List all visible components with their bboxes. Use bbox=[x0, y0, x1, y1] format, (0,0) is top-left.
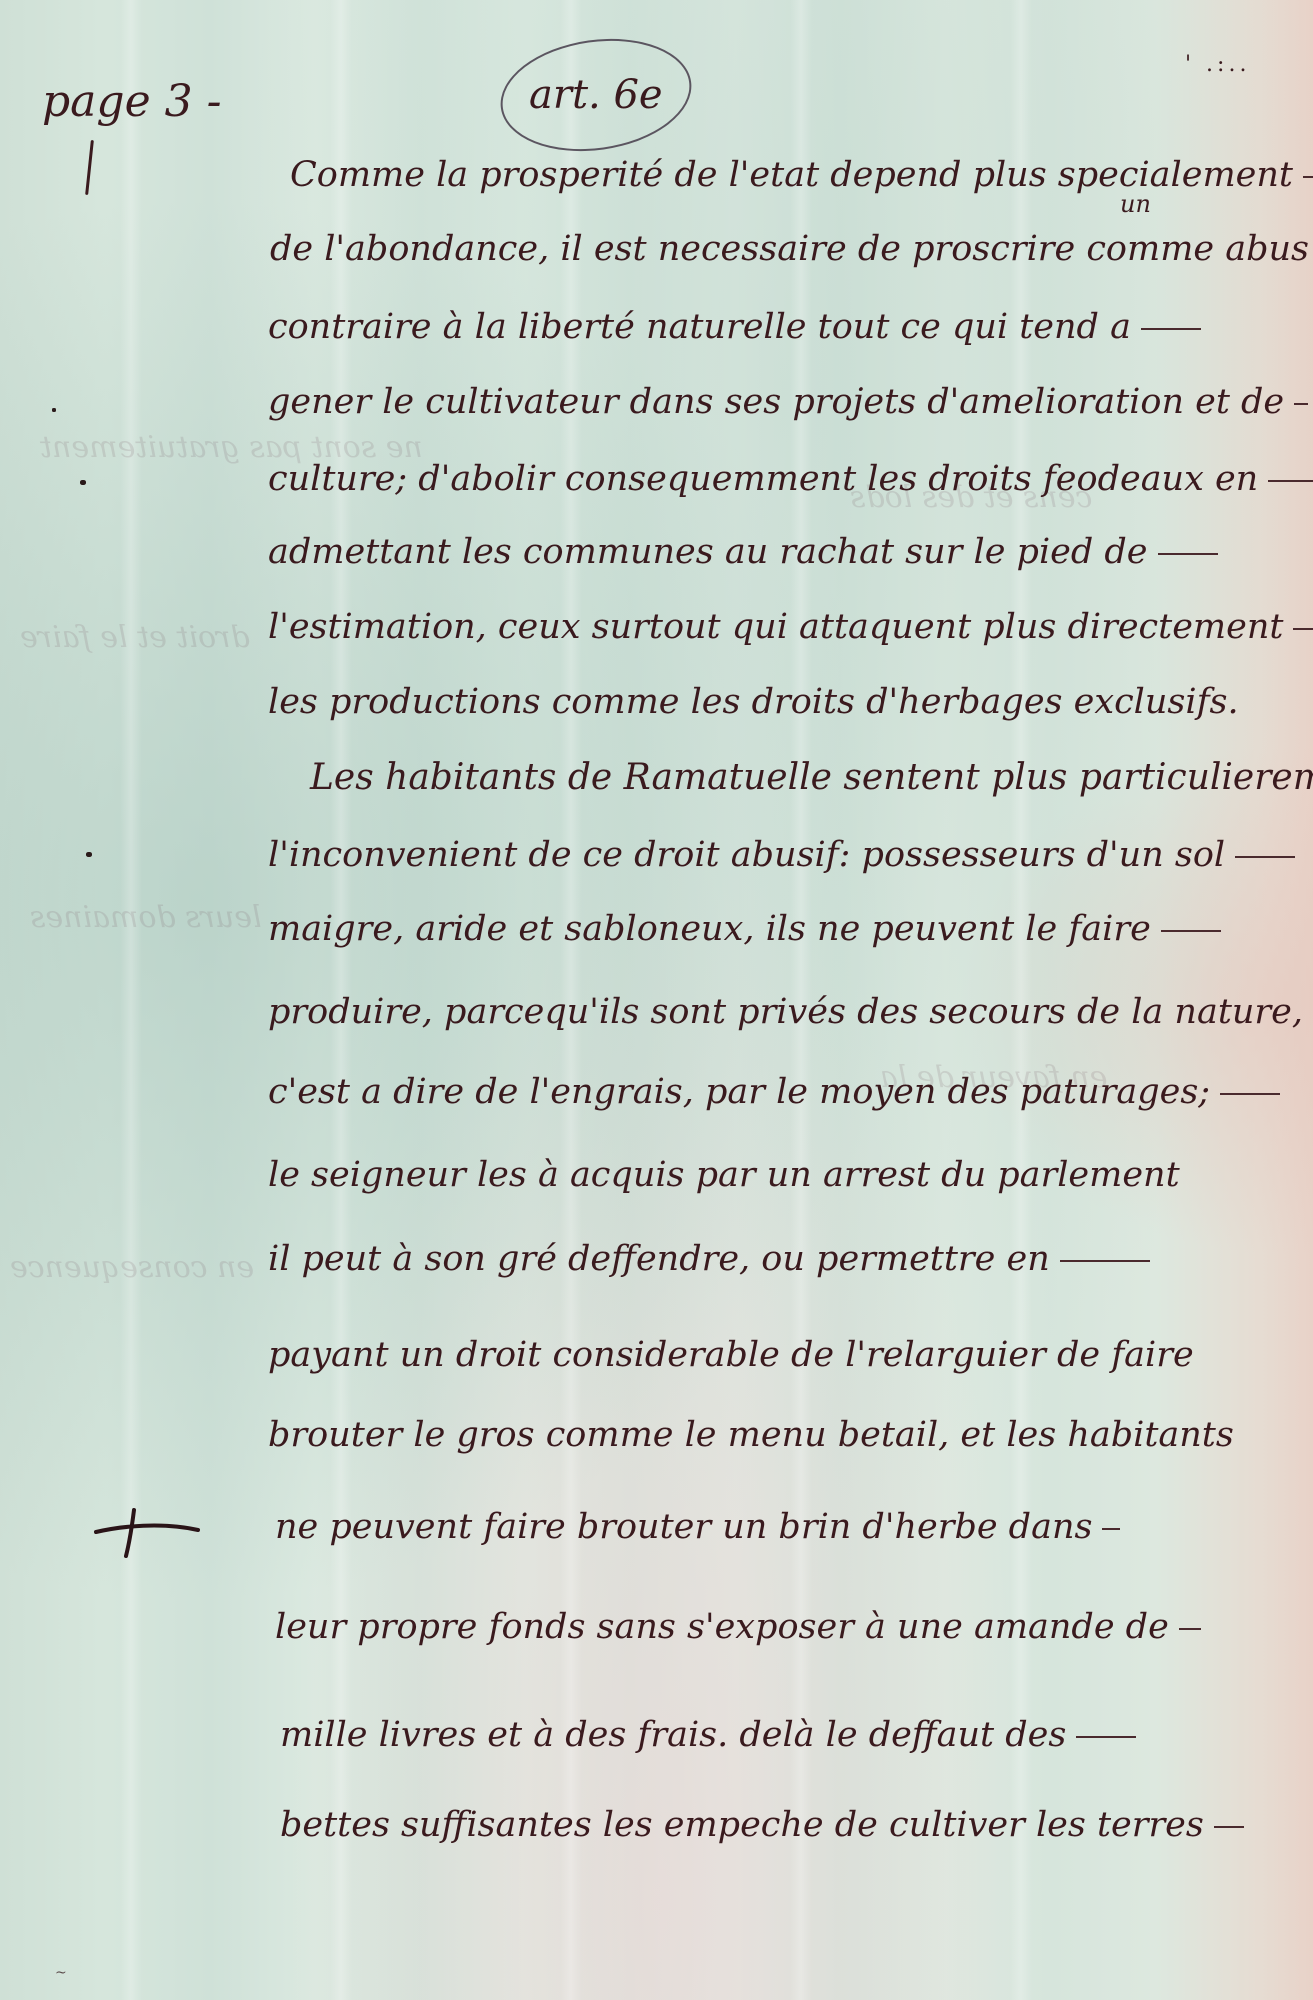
line-filler-dash bbox=[1161, 930, 1221, 932]
manuscript-line: il peut à son gré deffendre, ou permettr… bbox=[268, 1242, 1150, 1277]
ink-speck bbox=[86, 852, 92, 857]
line-filler-dash bbox=[1268, 480, 1313, 482]
manuscript-line: brouter le gros comme le menu betail, et… bbox=[268, 1418, 1234, 1453]
line-filler-dash bbox=[1179, 1628, 1201, 1630]
line-text: contraire à la liberté naturelle tout ce… bbox=[268, 307, 1131, 347]
line-text: brouter le gros comme le menu betail, et… bbox=[268, 1415, 1234, 1455]
line-text: admettant les communes au rachat sur le … bbox=[268, 532, 1148, 572]
line-text: bettes suffisantes les empeche de cultiv… bbox=[280, 1805, 1204, 1845]
line-text: les productions comme les droits d'herba… bbox=[268, 682, 1239, 722]
manuscript-line: l'estimation, ceux surtout qui attaquent… bbox=[268, 610, 1313, 645]
manuscript-line: culture; d'abolir consequemment les droi… bbox=[268, 462, 1313, 497]
line-filler-dash bbox=[1076, 1736, 1136, 1738]
line-filler-dash bbox=[1235, 856, 1295, 858]
manuscript-line: les productions comme les droits d'herba… bbox=[268, 685, 1239, 720]
line-filler-dash bbox=[1214, 1826, 1244, 1828]
manuscript-line: admettant les communes au rachat sur le … bbox=[268, 535, 1218, 570]
manuscript-page: ne sont pas gratuitement droit et le fai… bbox=[0, 0, 1313, 2000]
line-text: il peut à son gré deffendre, ou permettr… bbox=[268, 1239, 1050, 1279]
manuscript-line: maigre, aride et sabloneux, ils ne peuve… bbox=[268, 912, 1221, 947]
line-text: leur propre fonds sans s'exposer à une a… bbox=[275, 1607, 1169, 1647]
line-text: mille livres et à des frais. delà le def… bbox=[280, 1715, 1066, 1755]
line-filler-dash bbox=[1102, 1528, 1120, 1530]
line-text: de l'abondance, il est necessaire de pro… bbox=[270, 229, 1309, 269]
manuscript-line: produire, parcequ'ils sont privés des se… bbox=[268, 995, 1303, 1030]
line-filler-dash bbox=[1220, 1093, 1280, 1095]
manuscript-line: Comme la prosperité de l'etat depend plu… bbox=[290, 158, 1313, 193]
manuscript-line: de l'abondance, il est necessaire de pro… bbox=[270, 232, 1313, 267]
line-filler-dash bbox=[1158, 553, 1218, 555]
line-text: l'estimation, ceux surtout qui attaquent… bbox=[268, 607, 1283, 647]
line-filler-dash bbox=[1294, 403, 1308, 405]
line-text: maigre, aride et sabloneux, ils ne peuve… bbox=[268, 909, 1151, 949]
ink-speck bbox=[52, 408, 56, 412]
line-text: le seigneur les à acquis par un arrest d… bbox=[268, 1155, 1180, 1195]
line-text: payant un droit considerable de l'relarg… bbox=[268, 1335, 1194, 1375]
line-text: c'est a dire de l'engrais, par le moyen … bbox=[268, 1072, 1210, 1112]
bleed-through-text: droit et le faire bbox=[20, 620, 250, 655]
manuscript-line: mille livres et à des frais. delà le def… bbox=[280, 1718, 1136, 1753]
line-text: culture; d'abolir consequemment les droi… bbox=[268, 459, 1258, 499]
bleed-through-text: en consequence bbox=[10, 1250, 254, 1285]
page-number-label: page 3 - bbox=[42, 76, 221, 127]
margin-cross-icon bbox=[92, 1508, 202, 1558]
manuscript-line: Les habitants de Ramatuelle sentent plus… bbox=[310, 760, 1313, 796]
manuscript-line: gener le cultivateur dans ses projets d'… bbox=[268, 385, 1308, 420]
line-text: Les habitants de Ramatuelle sentent plus… bbox=[310, 757, 1313, 798]
line-text: Comme la prosperité de l'etat depend plu… bbox=[290, 155, 1293, 195]
line-filler-dash bbox=[1060, 1260, 1150, 1262]
manuscript-line: payant un droit considerable de l'relarg… bbox=[268, 1338, 1194, 1373]
article-number-label: art. 6e bbox=[529, 72, 663, 118]
line-text: l'inconvenient de ce droit abusif: posse… bbox=[268, 835, 1225, 875]
line-text: ne peuvent faire brouter un brin d'herbe… bbox=[275, 1507, 1092, 1547]
paper-fold bbox=[120, 0, 142, 2000]
manuscript-line: contraire à la liberté naturelle tout ce… bbox=[268, 310, 1201, 345]
manuscript-line: l'inconvenient de ce droit abusif: posse… bbox=[268, 838, 1295, 873]
manuscript-line: leur propre fonds sans s'exposer à une a… bbox=[275, 1610, 1201, 1645]
manuscript-line: c'est a dire de l'engrais, par le moyen … bbox=[268, 1075, 1280, 1110]
manuscript-line: le seigneur les à acquis par un arrest d… bbox=[268, 1158, 1180, 1193]
article-number-oval: art. 6e bbox=[493, 27, 698, 163]
line-text: produire, parcequ'ils sont privés des se… bbox=[268, 992, 1303, 1032]
ink-speck bbox=[80, 480, 86, 485]
margin-scribble: ~ bbox=[55, 1965, 67, 1981]
bleed-through-text: leurs domaines bbox=[30, 900, 262, 935]
corner-ink-marks: ' .:.. bbox=[1185, 52, 1250, 77]
line-text: gener le cultivateur dans ses projets d'… bbox=[268, 382, 1284, 422]
line-filler-dash bbox=[1293, 628, 1313, 630]
manuscript-line: ne peuvent faire brouter un brin d'herbe… bbox=[275, 1510, 1120, 1545]
line-filler-dash bbox=[1303, 176, 1313, 178]
manuscript-line: bettes suffisantes les empeche de cultiv… bbox=[280, 1808, 1244, 1843]
margin-stroke bbox=[85, 140, 94, 195]
line-filler-dash bbox=[1141, 328, 1201, 330]
